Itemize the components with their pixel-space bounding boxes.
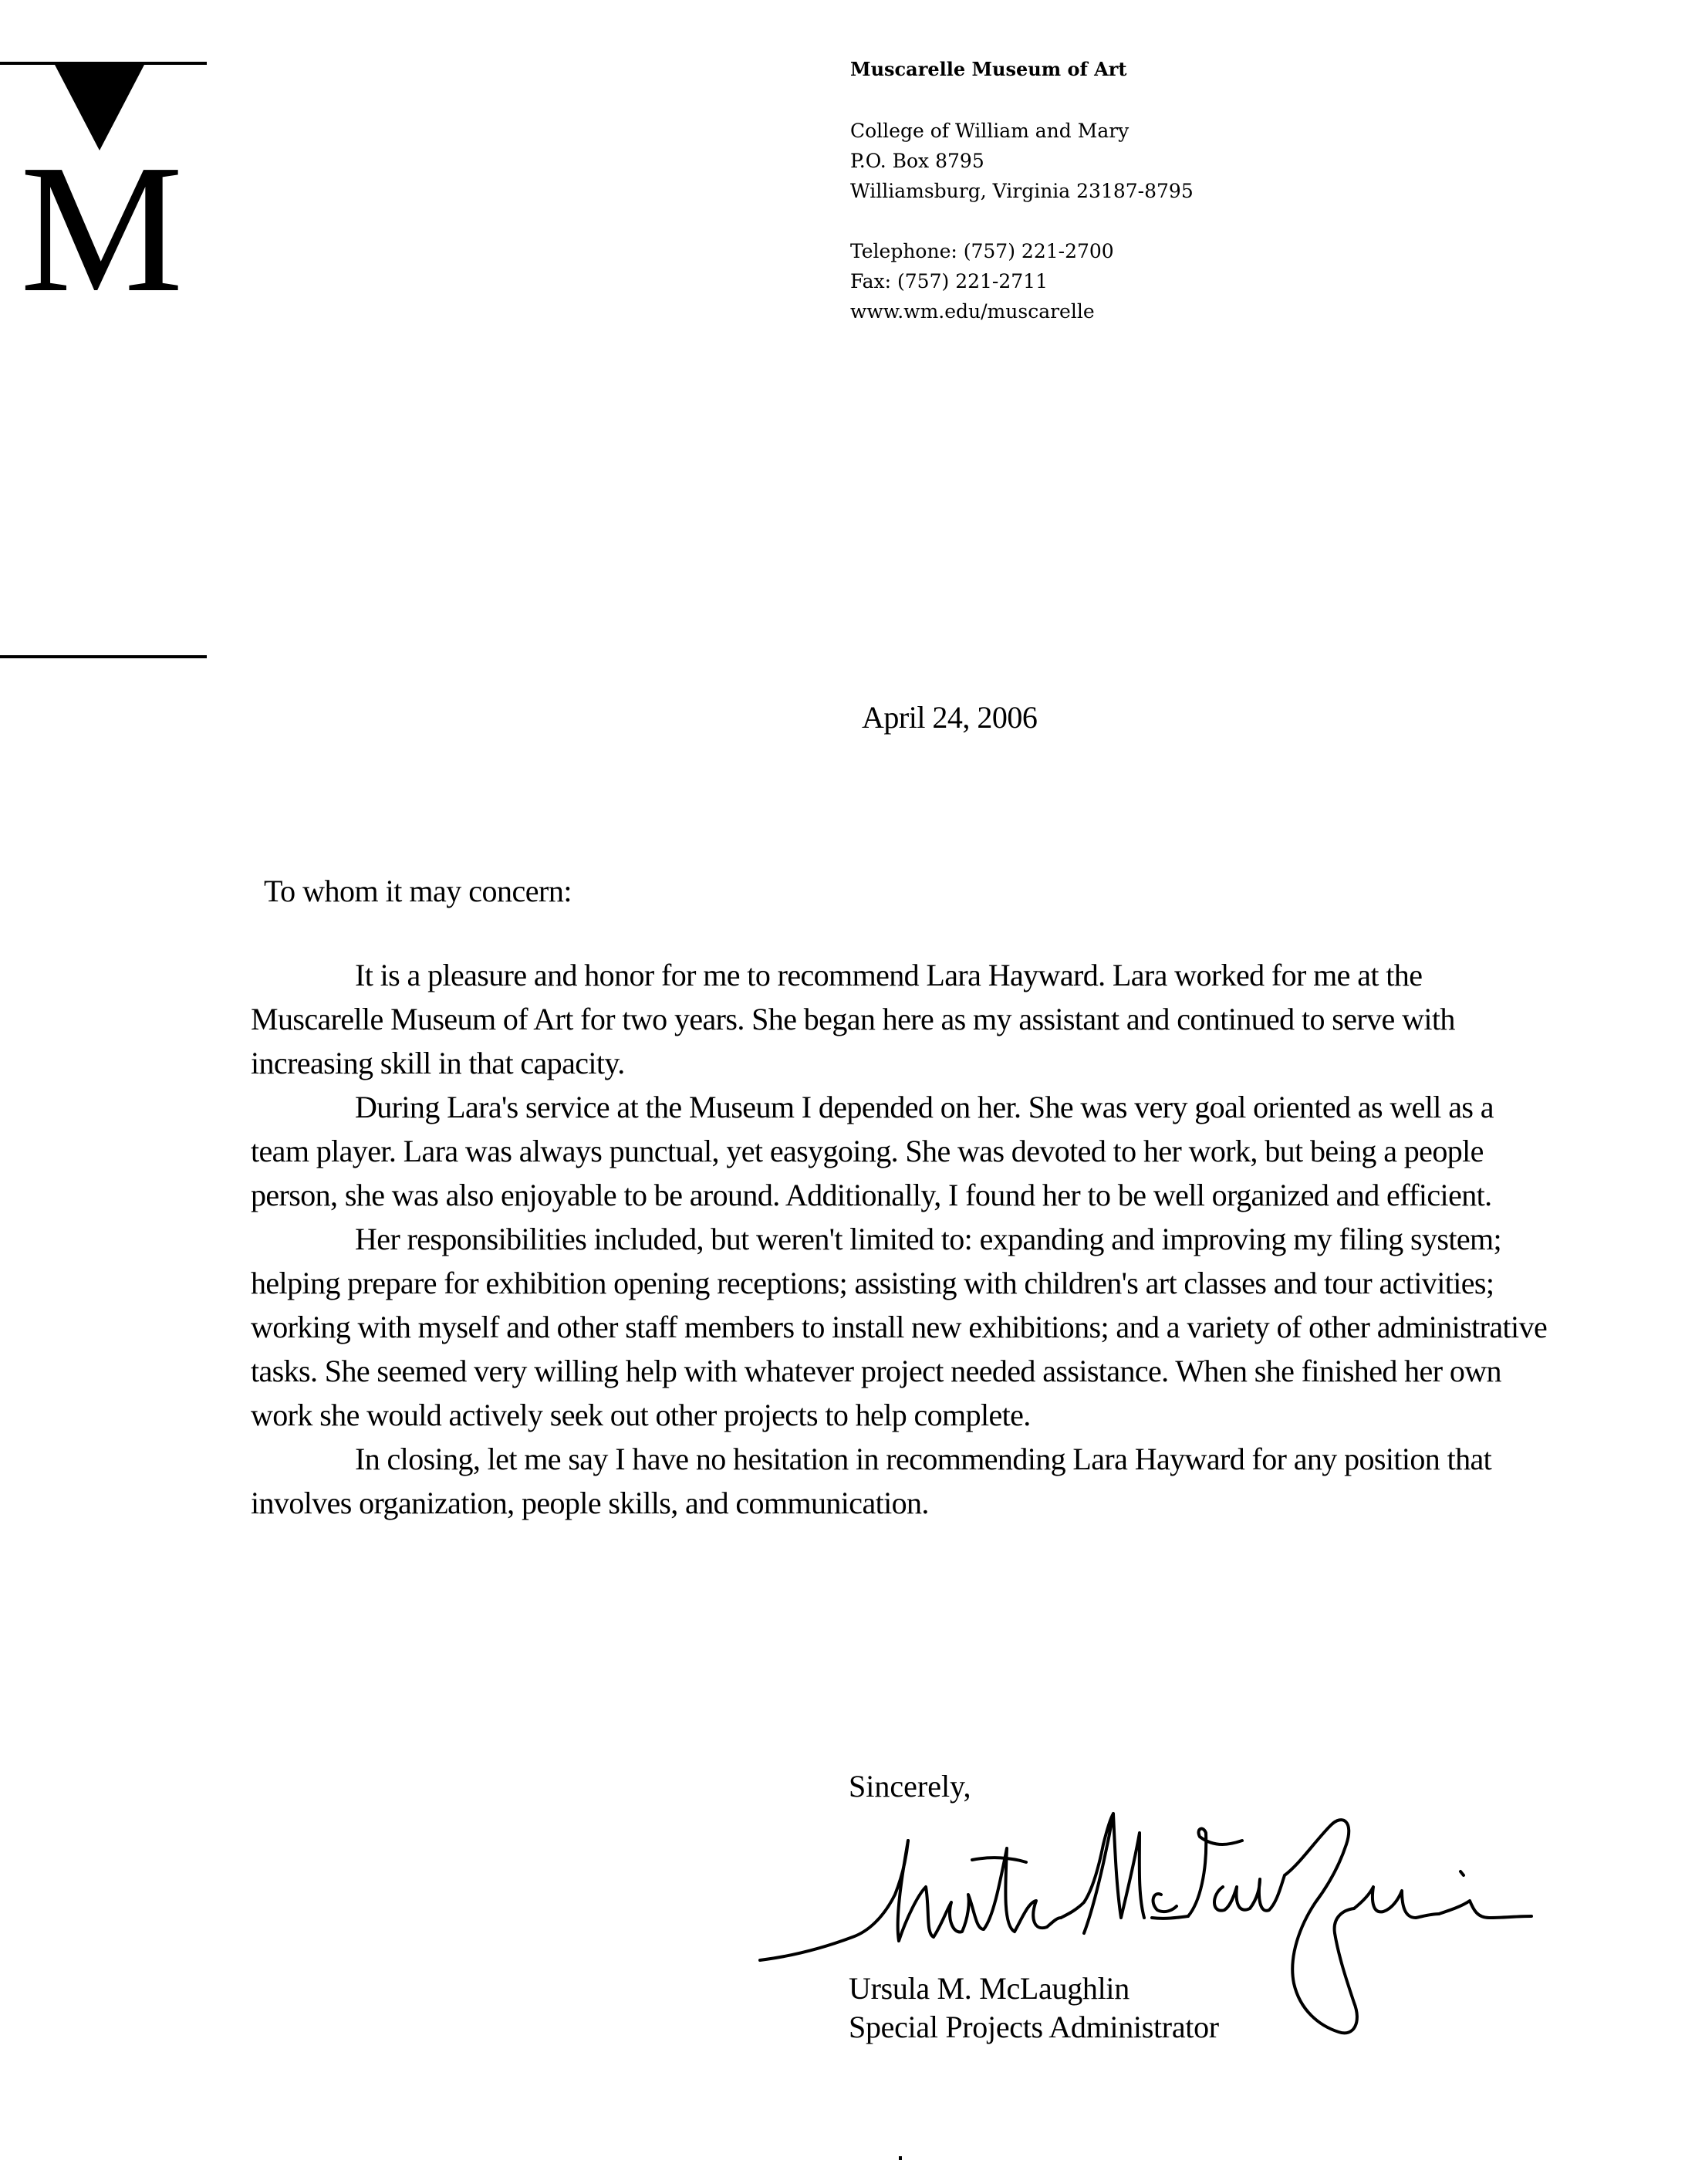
body-paragraph: During Lara's service at the Museum I de… <box>251 1085 1555 1217</box>
letter-date: April 24, 2006 <box>862 698 1037 737</box>
body-paragraph: Her responsibilities included, but weren… <box>251 1217 1555 1437</box>
organization-name: Muscarelle Museum of Art <box>850 54 1194 84</box>
address-line: College of William and Mary <box>850 116 1194 146</box>
logo-letter: M <box>20 137 184 321</box>
signer-title: Special Projects Administrator <box>849 2008 1219 2047</box>
address-block: College of William and Mary P.O. Box 879… <box>850 116 1194 206</box>
contact-block: Telephone: (757) 221-2700 Fax: (757) 221… <box>850 236 1194 326</box>
website: www.wm.edu/muscarelle <box>850 296 1194 326</box>
closing: Sincerely, <box>849 1767 971 1806</box>
scan-speck <box>899 2156 902 2160</box>
signer-name: Ursula M. McLaughlin <box>849 1969 1219 2008</box>
signer-block: Ursula M. McLaughlin Special Projects Ad… <box>849 1969 1219 2047</box>
telephone: Telephone: (757) 221-2700 <box>850 236 1194 266</box>
body-paragraph: It is a pleasure and honor for me to rec… <box>251 953 1555 1085</box>
letter-body: It is a pleasure and honor for me to rec… <box>251 953 1555 1525</box>
fax: Fax: (757) 221-2711 <box>850 266 1194 296</box>
letterhead: Muscarelle Museum of Art College of Will… <box>850 54 1194 326</box>
address-line: P.O. Box 8795 <box>850 146 1194 176</box>
logo-rule-bottom <box>0 655 207 658</box>
address-line: Williamsburg, Virginia 23187-8795 <box>850 176 1194 206</box>
salutation: To whom it may concern: <box>264 872 572 911</box>
body-paragraph: In closing, let me say I have no hesitat… <box>251 1437 1555 1525</box>
